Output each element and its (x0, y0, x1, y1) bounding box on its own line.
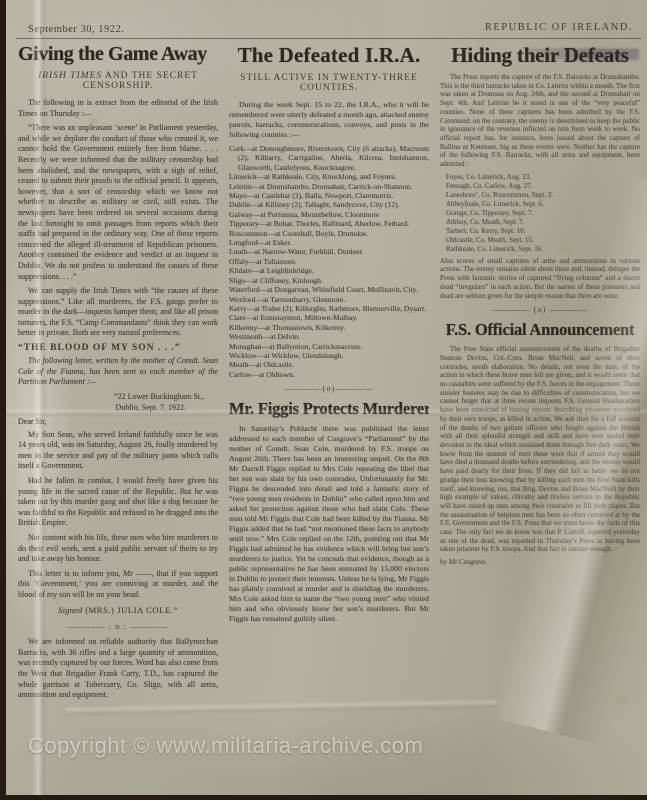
county-item: Wexford—at Tarmonbarry, Glenmore. (229, 295, 429, 304)
letter-paragraph: Not content with his life, these men who… (18, 533, 218, 565)
county-item: Galway—at Portumna, Mountbellow, Cloonmo… (229, 210, 429, 219)
editorial-note: The following letter, written by the mot… (18, 356, 218, 388)
newspaper-page: September 30, 1922. REPUBLIC OF IRELAND.… (6, 0, 647, 795)
county-item: Mayo—at Castlebar (2), Balla, Newport, C… (229, 191, 429, 200)
column-layout: Giving the Game Away IRISH TIMES AND THE… (18, 43, 640, 795)
paragraph: In Saturday’s Poblacht there was publish… (229, 424, 429, 624)
column-hiding-their-defeats: Hiding their Defeats The Press reports t… (440, 43, 640, 795)
letter-signature: Signed (MRS.) JULIA COLE.” (18, 605, 218, 616)
county-item: Clare—at Ennistaymon, Miltown-Malbay. (229, 313, 429, 322)
barracks-capture-list: Foyes, Co. Limerick, Aug. 23. Feenagh, C… (440, 173, 640, 254)
county-item: Meath—at Oldcastle. (229, 360, 429, 369)
county-item: Longford—at Esker. (229, 238, 429, 247)
county-item: Leitrim—at Drumshambo, Dromahair, Carric… (229, 182, 429, 191)
county-item: Wicklow—at Wicklow, Glendalough. (229, 351, 429, 360)
county-item: Westmeath—at Delvin. (229, 332, 429, 341)
paragraph: The Press reports the capture of the F.S… (440, 73, 640, 169)
county-item: Sligo—at Cliffoney, Kinlough. (229, 276, 429, 285)
paragraph: “There was an unpleasant ‘scene’ in Parl… (18, 123, 218, 282)
county-item: Dublin—at Killiney (2), Tallaght, Sandyc… (229, 200, 429, 209)
signature-name: (MRS.) JULIA COLE.” (82, 605, 177, 615)
county-item: Offaly—at Tullamore. (229, 257, 429, 266)
column-defeated-ira: The Defeated I.R.A. STILL ACTIVE IN TWEN… (229, 43, 429, 795)
section-divider: ———— : o : ———— (18, 621, 218, 631)
column-giving-the-game-away: Giving the Game Away IRISH TIMES AND THE… (18, 43, 218, 795)
paragraph: We are informed on reliable authority th… (18, 637, 218, 701)
capture-item: Tarbert, Co. Kerry, Sept. 10. (440, 227, 640, 236)
article-headline: Giving the Game Away (18, 43, 218, 66)
paragraph: During the week Sept. 15 to 22, the I.R.… (229, 100, 429, 140)
newspaper-photo: { "header": { "date": "September 30, 192… (0, 0, 647, 800)
article-headline-fs-announcement: F.S. Official Announcement (440, 320, 640, 340)
county-item: Kilkenny—at Thomastown, Kilkenny. (229, 323, 429, 332)
article-subhead: IRISH TIMES AND THE SECRET CENSORSHIP. (24, 71, 212, 91)
capture-item: Foyes, Co. Limerick, Aug. 23. (440, 173, 640, 182)
paragraph: The following in is extract from the edi… (18, 98, 218, 119)
letter-address-line1: “22 Lower Buckingham St., (18, 392, 218, 403)
byline: by Mr Cosgrave. (440, 558, 640, 567)
paragraph: We can supply the Irish Times with “the … (18, 286, 218, 339)
county-item: Kildare—at Leighlinbridge. (229, 266, 429, 275)
article-headline: Hiding their Defeats (440, 43, 640, 68)
section-divider: ———— (o) ———— (440, 304, 640, 314)
county-item: Cork—at Donoughmore, Riverstown, City (6… (229, 144, 429, 172)
county-item: Waterford—at Dungarvan, Whitefield Court… (229, 285, 429, 294)
letter-paragraph: This letter is to inform you, Mr ——, tha… (18, 569, 218, 601)
letter-paragraph: My Son Sean, who served Ireland faithful… (18, 430, 218, 472)
header-rule (16, 38, 641, 39)
capture-item: Lanesboro’, Co. Roscommon, Sept. 3. (440, 191, 640, 200)
capture-item: Oldcastle, Co. Meath, Sept. 15. (440, 236, 640, 245)
letter-paragraph: Had he fallen in combat, I would freely … (18, 476, 218, 529)
letter-address-line2: Dublin, Sept. 7, 1922. (18, 403, 218, 414)
article-headline-figgis: Mr. Figgis Protects Murderers (229, 399, 429, 419)
county-item: Tipperary—at Bohar, Thurles, Ballinard, … (229, 219, 429, 228)
county-item: Kerry—at Tralee (2), Killorglin, Rathmor… (229, 304, 429, 313)
county-item: Monaghan—at Ballyotion, Carrickmacross. (229, 342, 429, 351)
paragraph: The Free State official announcement of … (440, 345, 640, 554)
article-headline: The Defeated I.R.A. (229, 43, 429, 68)
capture-item: Athboy, Co. Meath, Sept. 7. (440, 218, 640, 227)
signature-prefix: Signed (58, 605, 82, 615)
subhead-italic-part: IRISH TIMES (38, 71, 102, 81)
section-divider: ————(o)———— (229, 383, 429, 393)
county-item: Limerick—at Rathkeale, City, Knocklong, … (229, 172, 429, 181)
capture-item: Grange, Co. Tipperary, Sept. 7. (440, 209, 640, 218)
paragraph: Also scores of small captures of arms an… (440, 257, 640, 301)
issue-date: September 30, 1922. (28, 24, 124, 35)
capture-item: Rathkeale, Co. Limerick, Sept. 16. (440, 245, 640, 254)
section-heading-blood-of-my-son: “THE BLOOD OF MY SON . . .” (18, 343, 218, 353)
article-subhead: STILL ACTIVE IN TWENTY-THREE COUNTIES. (235, 73, 423, 93)
capture-item: Feenagh, Co. Carlow, Aug. 27. (440, 182, 640, 191)
county-item: Carlow—at Oldtown. (229, 370, 429, 379)
county-item: Roscommon—at Cootehall, Boyle, Drumdoe. (229, 229, 429, 238)
letter-salutation: Dear Sir, (18, 417, 218, 428)
capture-item: Abbeyfeale, Co. Limerick, Sept. 6. (440, 200, 640, 209)
county-item: Louth—at Narrow-Water, Forkhill, Dunleer… (229, 247, 429, 256)
county-attack-list: Cork—at Donoughmore, Riverstown, City (6… (229, 144, 429, 379)
masthead-title: REPUBLIC OF IRELAND. (485, 22, 633, 33)
